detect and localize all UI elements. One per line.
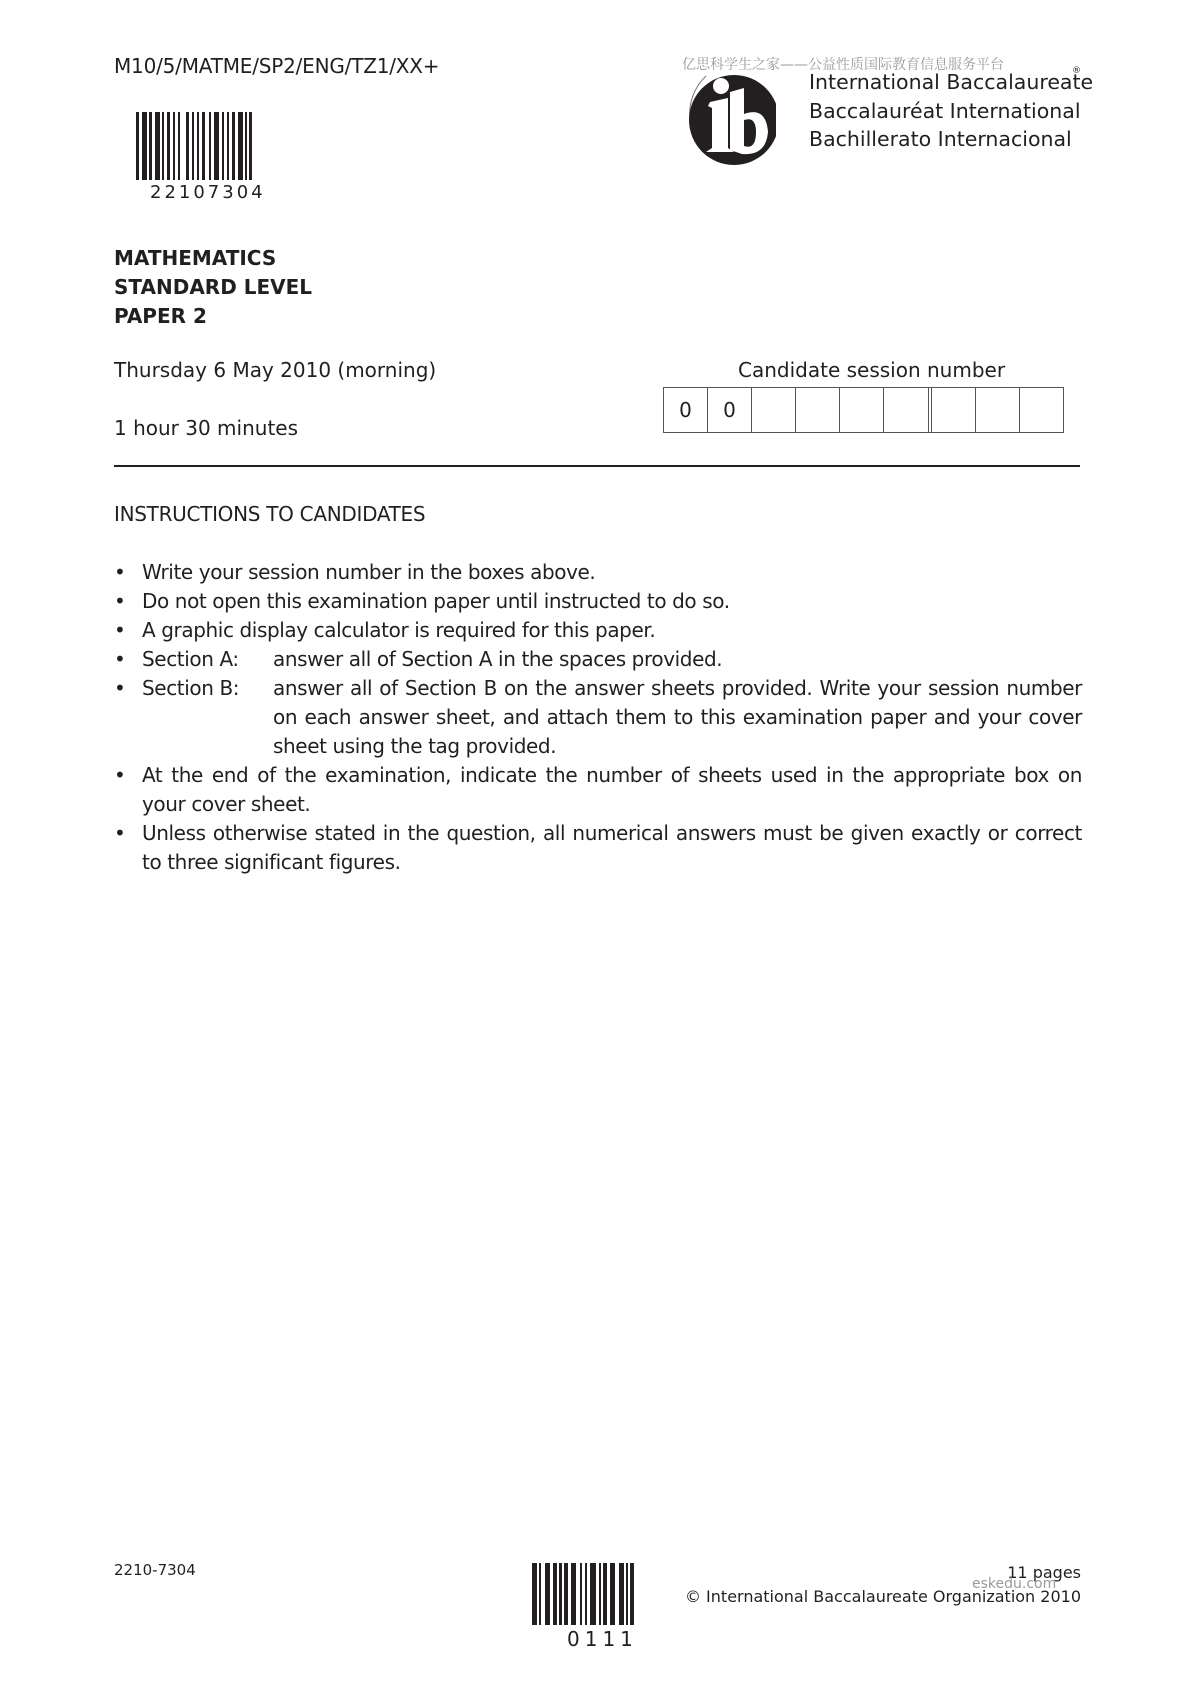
organization-names: International Baccalaureate Baccalauréat… <box>809 68 1093 154</box>
instruction-item: • Section B: answer all of Section B on … <box>114 674 1082 761</box>
instructions-list: • Write your session number in the boxes… <box>114 558 1082 877</box>
session-digit-box[interactable]: 0 <box>664 388 708 432</box>
exam-duration: 1 hour 30 minutes <box>114 416 298 440</box>
instruction-text: At the end of the examination, indicate … <box>142 761 1082 819</box>
paper-code: M10/5/MATME/SP2/ENG/TZ1/XX+ <box>114 54 439 78</box>
instruction-item: • Unless otherwise stated in the questio… <box>114 819 1082 877</box>
subject-title: MATHEMATICS STANDARD LEVEL PAPER 2 <box>114 244 312 331</box>
session-digit-box[interactable] <box>796 388 840 432</box>
instruction-text: answer all of Section A in the spaces pr… <box>273 645 1082 674</box>
org-name-es: Bachillerato Internacional <box>809 125 1093 154</box>
session-digit-box[interactable] <box>884 388 932 432</box>
session-digit-box[interactable] <box>976 388 1020 432</box>
instruction-item: • At the end of the examination, indicat… <box>114 761 1082 819</box>
session-digit-box[interactable] <box>752 388 796 432</box>
bullet-icon: • <box>114 616 142 645</box>
instruction-text: answer all of Section B on the answer sh… <box>273 674 1082 761</box>
instruction-item: • Write your session number in the boxes… <box>114 558 1082 587</box>
ib-logo-icon <box>686 62 776 166</box>
bullet-icon: • <box>114 761 142 819</box>
watermark-eskedu: eskedu.com <box>972 1576 1056 1592</box>
barcode-top-number: 22107304 <box>150 182 266 203</box>
exam-date: Thursday 6 May 2010 (morning) <box>114 358 436 382</box>
session-digit-box[interactable] <box>1020 388 1064 432</box>
subject-line: MATHEMATICS <box>114 244 312 273</box>
session-digit-box[interactable] <box>932 388 976 432</box>
instructions-title: INSTRUCTIONS TO CANDIDATES <box>114 502 425 526</box>
bullet-icon: • <box>114 674 142 761</box>
instruction-text: Do not open this examination paper until… <box>142 587 1082 616</box>
barcode-bottom-number: 0111 <box>567 1627 638 1651</box>
bullet-icon: • <box>114 645 142 674</box>
bullet-icon: • <box>114 558 142 587</box>
barcode-top <box>136 112 252 180</box>
instruction-item: • Section A: answer all of Section A in … <box>114 645 1082 674</box>
org-name-fr: Baccalauréat International <box>809 97 1093 126</box>
instruction-text: Write your session number in the boxes a… <box>142 558 1082 587</box>
instruction-label: Section B: <box>142 674 273 761</box>
session-number-boxes: 0 0 <box>663 387 1064 433</box>
instruction-label: Section A: <box>142 645 273 674</box>
subject-line: STANDARD LEVEL <box>114 273 312 302</box>
footer-code: 2210-7304 <box>114 1561 196 1579</box>
bullet-icon: • <box>114 587 142 616</box>
subject-line: PAPER 2 <box>114 302 312 331</box>
bullet-icon: • <box>114 819 142 877</box>
instruction-text: Unless otherwise stated in the question,… <box>142 819 1082 877</box>
instruction-item: • A graphic display calculator is requir… <box>114 616 1082 645</box>
divider <box>114 465 1080 467</box>
registered-mark: ® <box>1072 66 1081 76</box>
instruction-item: • Do not open this examination paper unt… <box>114 587 1082 616</box>
instruction-text: A graphic display calculator is required… <box>142 616 1082 645</box>
org-name-en: International Baccalaureate <box>809 68 1093 97</box>
session-digit-box[interactable]: 0 <box>708 388 752 432</box>
barcode-bottom <box>532 1563 634 1625</box>
session-digit-box[interactable] <box>840 388 884 432</box>
session-number-label: Candidate session number <box>738 358 1005 382</box>
